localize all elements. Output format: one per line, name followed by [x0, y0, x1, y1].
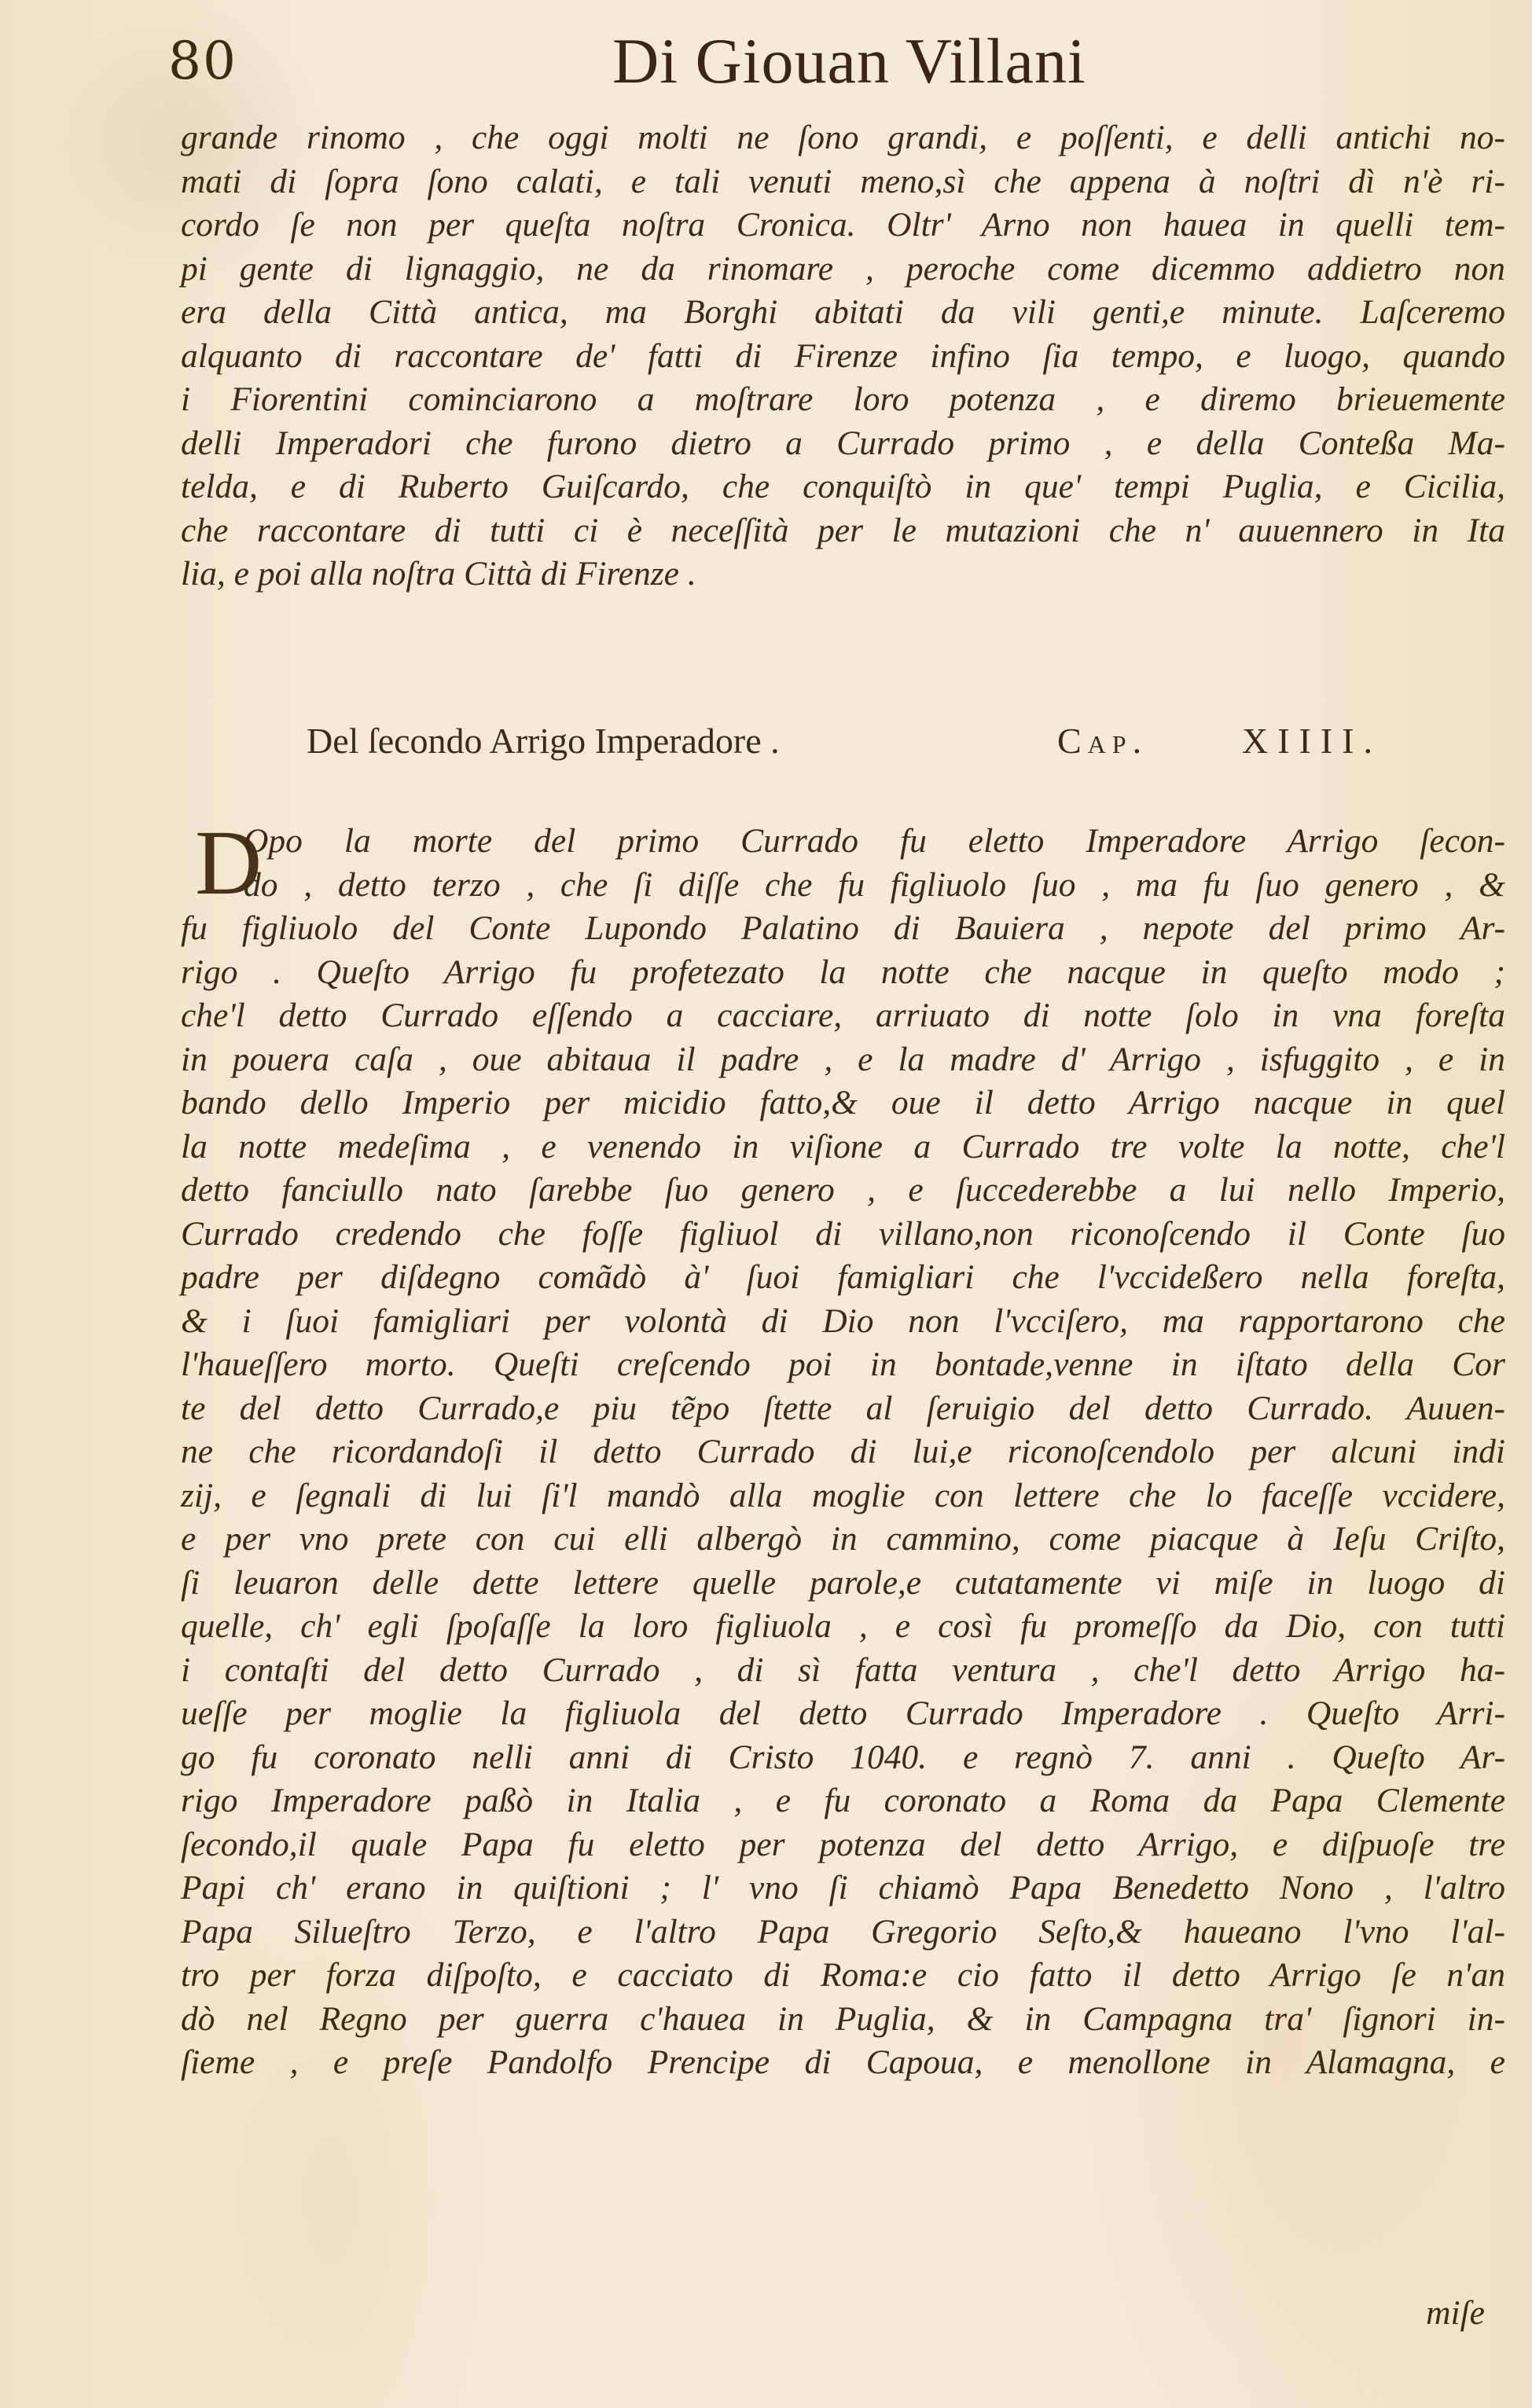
text-line: Currado credendo che foſſe figliuol di v…	[181, 1213, 1505, 1257]
text-line: alquanto di raccontare de' fatti di Fire…	[181, 335, 1505, 379]
page-number: 80	[168, 30, 237, 93]
text-line: mati di ſopra ſono calati, e tali venuti…	[181, 160, 1505, 204]
text-line: zij, e ſegnali di lui ſi'l mandò alla mo…	[181, 1474, 1505, 1518]
text-line: Opo la morte del primo Currado fu eletto…	[181, 820, 1505, 864]
chapter-body: Opo la morte del primo Currado fu eletto…	[181, 820, 1505, 2085]
text-line: bando dello Imperio per micidio fatto,& …	[181, 1081, 1505, 1125]
text-line: i Fiorentini cominciarono a moſtrare lor…	[181, 378, 1505, 422]
text-line: ueſſe per moglie la figliuola del detto …	[181, 1692, 1505, 1736]
intro-paragraph: grande rinomo , che oggi molti ne ſono g…	[181, 116, 1505, 596]
chapter-title: Del ſecondo Arrigo Imperadore .	[307, 714, 780, 769]
text-line: fu figliuolo del Conte Lupondo Palatino …	[181, 907, 1505, 951]
chapter-cap-label: Cap.	[1057, 714, 1148, 769]
running-title: Di Giouan Villani	[612, 24, 1086, 99]
text-line: che'l detto Currado eſſendo a cacciare, …	[181, 994, 1505, 1038]
text-line: detto fanciullo nato ſarebbe ſuo genero …	[181, 1169, 1505, 1213]
text-line: rigo Imperadore paßò in Italia , e fu co…	[181, 1779, 1505, 1823]
text-line: ſecondo,il quale Papa fu eletto per pote…	[181, 1823, 1505, 1867]
text-line: ne che ricordandoſi il detto Currado di …	[181, 1430, 1505, 1474]
text-line: & i ſuoi famigliari per volontà di Dio n…	[181, 1300, 1505, 1344]
text-line: era della Città antica, ma Borghi abitat…	[181, 291, 1505, 335]
text-line: e per vno prete con cui elli albergò in …	[181, 1518, 1505, 1562]
text-line: cordo ſe non per queſta noſtra Cronica. …	[181, 204, 1505, 248]
text-line: in pouera caſa , oue abitaua il padre , …	[181, 1038, 1505, 1082]
text-line: rigo . Queſto Arrigo fu profetezato la n…	[181, 951, 1505, 995]
chapter-heading: Del ſecondo Arrigo Imperadore . Cap. XII…	[307, 714, 1446, 769]
text-line: te del detto Currado,e piu tẽpo ſtette a…	[181, 1387, 1505, 1431]
text-line: telda, e di Ruberto Guiſcardo, che conqu…	[181, 465, 1505, 509]
text-line: dò nel Regno per guerra c'hauea in Pugli…	[181, 1998, 1505, 2042]
text-line: pi gente di lignaggio, ne da rinomare , …	[181, 248, 1505, 292]
text-line: che raccontare di tutti ci è neceſſità p…	[181, 509, 1505, 553]
text-line: padre per diſdegno comãdò à' ſuoi famigl…	[181, 1256, 1505, 1300]
text-line: ſi leuaron delle dette lettere quelle pa…	[181, 1562, 1505, 1606]
running-head: 80 Di Giouan Villani	[168, 24, 1520, 110]
text-line: la notte medeſima , e venendo in viſione…	[181, 1125, 1505, 1169]
book-page: 80 Di Giouan Villani grande rinomo , che…	[0, 0, 1532, 2408]
text-line: quelle, ch' egli ſpoſaſſe la loro figliu…	[181, 1605, 1505, 1649]
text-line: go fu coronato nelli anni di Cristo 1040…	[181, 1736, 1505, 1780]
text-line: l'haueſſero morto. Queſti creſcendo poi …	[181, 1343, 1505, 1387]
chapter-number: XIIII.	[1242, 714, 1382, 769]
text-line: do , detto terzo , che ſi diſſe che fu f…	[181, 864, 1505, 908]
text-line: grande rinomo , che oggi molti ne ſono g…	[181, 116, 1505, 160]
text-line: lia, e poi alla noſtra Città di Firenze …	[181, 552, 1505, 596]
text-line: Papi ch' erano in quiſtioni ; l' vno ſi …	[181, 1867, 1505, 1911]
text-line: tro per forza diſpoſto, e cacciato di Ro…	[181, 1954, 1505, 1998]
catchword: miſe	[1426, 2293, 1485, 2333]
text-line: delli Imperadori che furono dietro a Cur…	[181, 422, 1505, 466]
text-line: ſieme , e preſe Pandolfo Prencipe di Cap…	[181, 2041, 1505, 2085]
text-line: Papa Silueſtro Terzo, e l'altro Papa Gre…	[181, 1911, 1505, 1955]
text-line: i contaſti del detto Currado , di sì fat…	[181, 1649, 1505, 1693]
